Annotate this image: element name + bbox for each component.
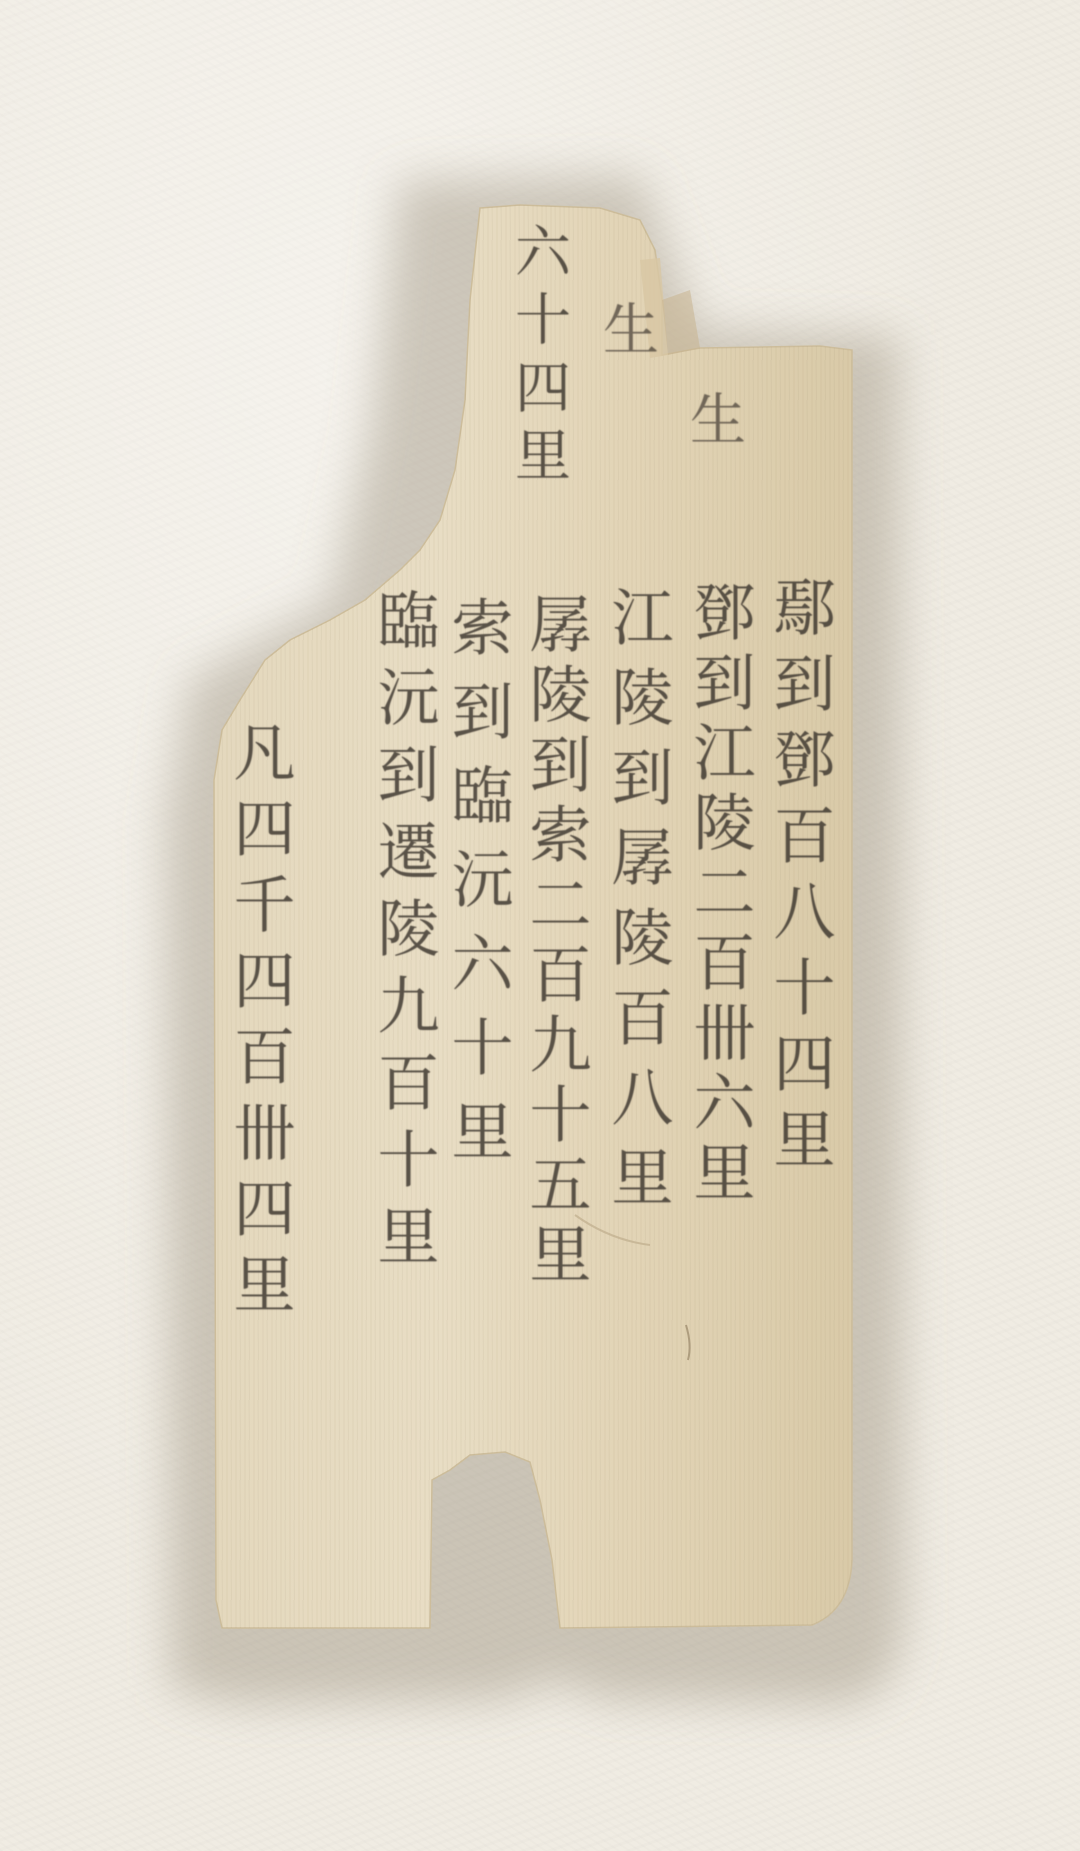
inscription-top-middle-glyph: 生 (598, 300, 654, 368)
inscription-column-2: 鄧到江陵二百卌六里 (688, 580, 750, 1210)
inscription-column-7: 凡四千四百卌四里 (228, 720, 290, 1328)
inscription-column-4: 孱陵到索二百九十五里 (524, 592, 586, 1292)
inscription-top-left-column: 六十四里 (510, 222, 566, 494)
inscription-column-1: 鄢到鄧百八十四里 (768, 575, 830, 1183)
inscription-column-3: 江陵到孱陵百八里 (606, 585, 668, 1225)
inscription-column-6: 臨沅到遷陵九百十里 (372, 588, 434, 1281)
inscription-column-5: 索到臨沅六十里 (446, 595, 508, 1183)
inscription-top-right-glyph: 生 (685, 390, 741, 458)
